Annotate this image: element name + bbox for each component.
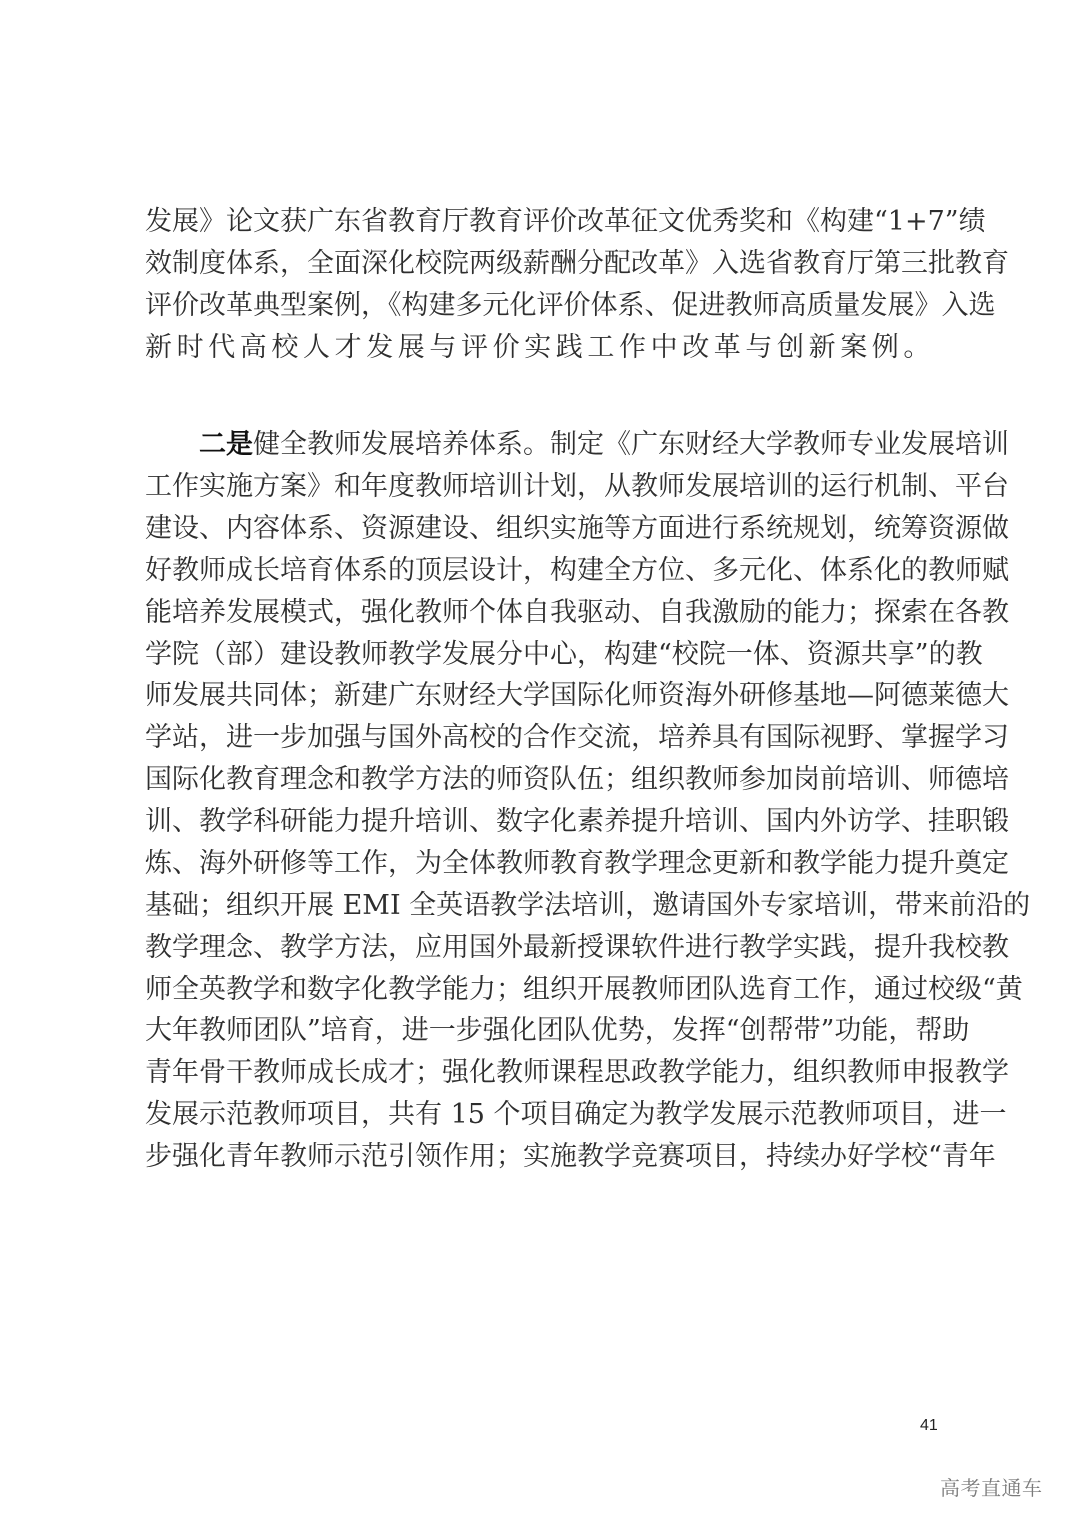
paragraph-2-line-9: 国际化教育理念和教学方法的师资队伍；组织教师参加岗前培训、师德培 [145,759,942,801]
paragraph-2-line-3: 建设、内容体系、资源建设、组织实施等方面进行系统规划，统筹资源做 [145,508,942,550]
paragraph-2-line-18: 步强化青年教师示范引领作用；实施教学竞赛项目，持续办好学校“青年 [145,1136,942,1178]
paragraph-2-first-line-text: 健全教师发展培养体系。制定《广东财经大学教师专业发展培训 [253,429,1009,460]
paragraph-1-line-3: 评价改革典型案例，《构建多元化评价体系、促进教师高质量发展》入选 [145,285,942,327]
paragraph-2-line-12: 基础；组织开展 EMI 全英语教学法培训，邀请国外专家培训，带来前沿的 [145,885,942,927]
paragraph-2-line-11: 炼、海外研修等工作，为全体教师教育教学理念更新和教学能力提升奠定 [145,843,942,885]
paragraph-2-line-4: 好教师成长培育体系的顶层设计，构建全方位、多元化、体系化的教师赋 [145,550,942,592]
paragraph-1-line-2: 效制度体系，全面深化校院两级薪酬分配改革》入选省教育厅第三批教育 [145,243,942,285]
paragraph-2-line-16: 青年骨干教师成长成才；强化教师课程思政教学能力，组织教师申报教学 [145,1052,942,1094]
watermark-text: 高考直通车 [940,1472,1043,1501]
paragraph-2-line-5: 能培养发展模式，强化教师个体自我驱动、自我激励的能力；探索在各教 [145,592,942,634]
paragraph-2-line-6: 学院（部）建设教师教学发展分中心，构建“校院一体、资源共享”的教 [145,634,942,676]
paragraph-2-line-15: 大年教师团队”培育，进一步强化团队优势，发挥“创帮带”功能，帮助 [145,1010,942,1052]
paragraph-2-line-19 [145,1178,942,1220]
paragraph-2-line-13: 教学理念、教学方法，应用国外最新授课软件进行教学实践，提升我校教 [145,927,942,969]
paragraph-2-line-7: 师发展共同体；新建广东财经大学国际化师资海外研修基地—阿德莱德大 [145,675,942,717]
paragraph-2-line-17: 发展示范教师项目，共有 15 个项目确定为教学发展示范教师项目，进一 [145,1094,942,1136]
paragraph-2-line-1: 二是健全教师发展培养体系。制定《广东财经大学教师专业发展培训 [199,424,942,466]
paragraph-2-line-8: 学站，进一步加强与国外高校的合作交流，培养具有国际视野、掌握学习 [145,717,942,759]
paragraph-2-line-10: 训、教学科研能力提升培训、数字化素养提升培训、国内外访学、挂职锻 [145,801,942,843]
paragraph-2-line-2: 工作实施方案》和年度教师培训计划，从教师发展培训的运行机制、平台 [145,466,942,508]
paragraph-1-line-1: 发展》论文获广东省教育厅教育评价改革征文优秀奖和《构建“1+7”绩 [145,201,942,243]
paragraph-2-line-21 [145,1261,942,1303]
paragraph-2-line-20 [145,1220,942,1262]
paragraph-2-lead: 二是 [199,429,253,460]
page-number: 41 [920,1417,938,1435]
paragraph-1-line-4: 新时代高校人才发展与评价实践工作中改革与创新案例。 [145,327,942,369]
paragraph-2-line-14: 师全英教学和数字化教学能力；组织开展教师团队选育工作，通过校级“黄 [145,969,942,1011]
document-page: 发展》论文获广东省教育厅教育评价改革征文优秀奖和《构建“1+7”绩 效制度体系，… [0,0,1080,1527]
